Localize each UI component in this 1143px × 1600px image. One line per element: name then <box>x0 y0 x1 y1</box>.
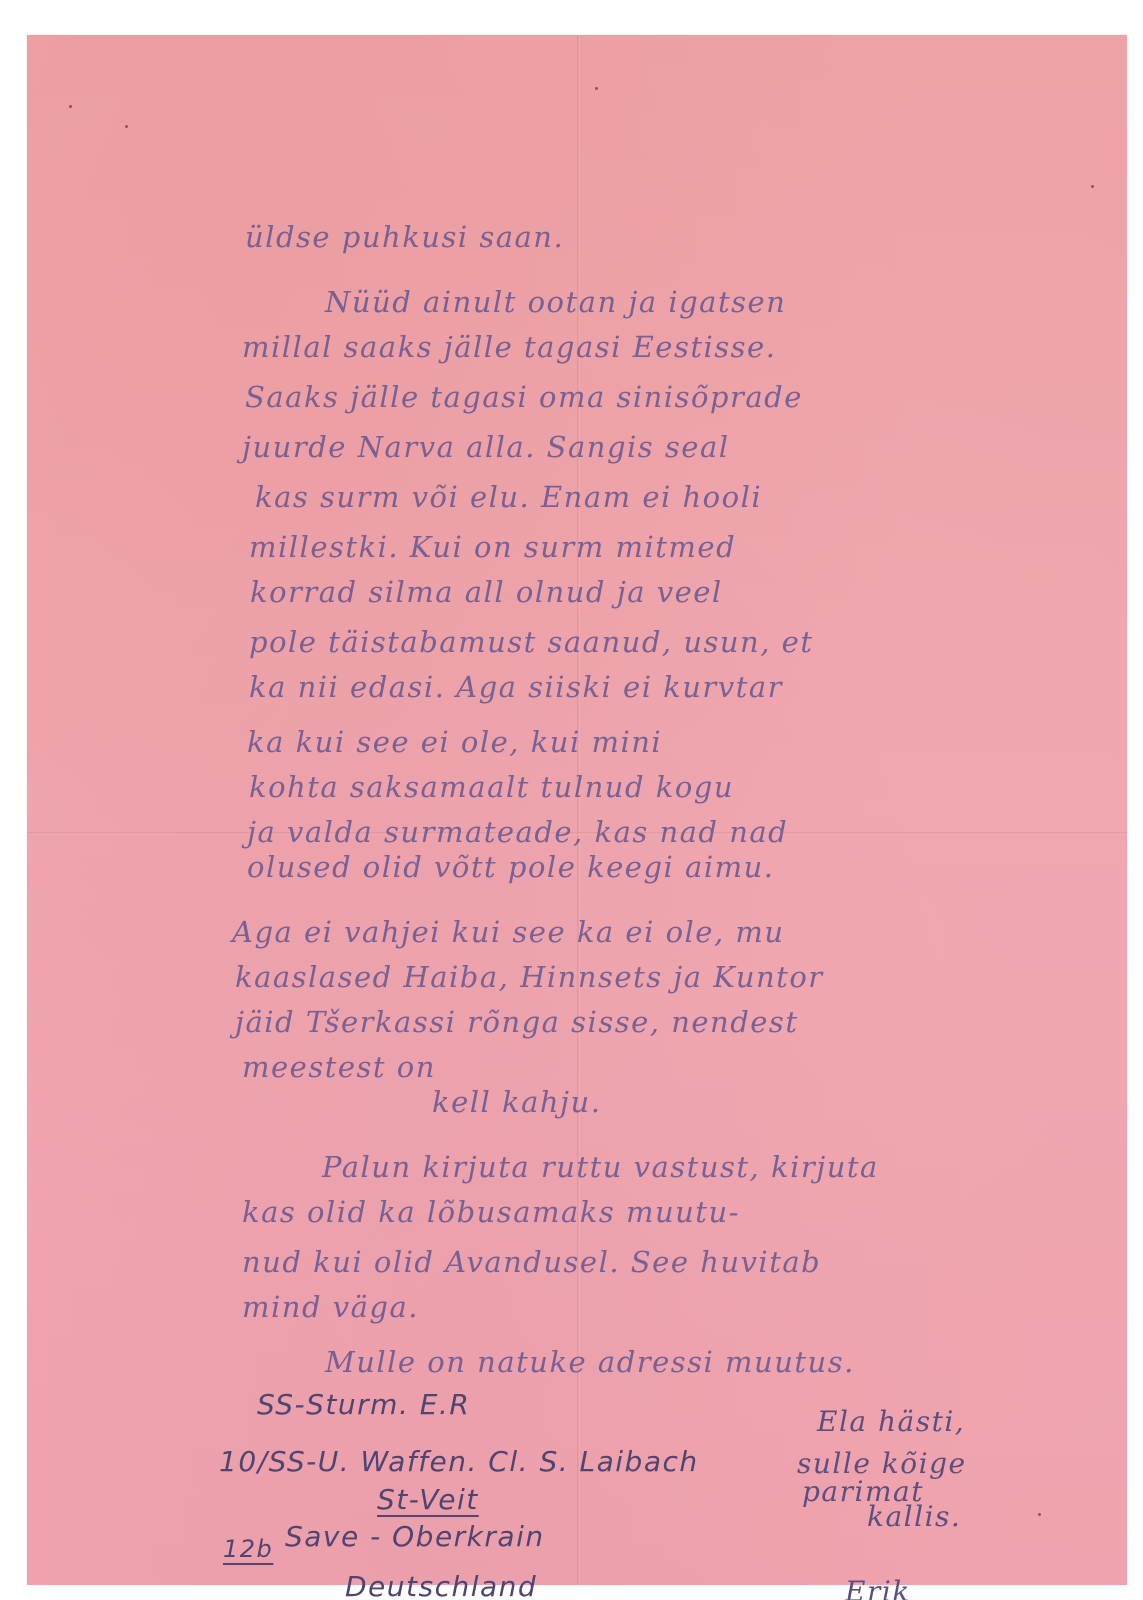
address-line-4-prefix: 12b <box>223 1535 273 1563</box>
letter-line: Nüüd ainult ootan ja igatsen <box>325 285 786 319</box>
address-line-2: 10/SS-U. Waffen. Cl. S. Laibach <box>219 1445 699 1478</box>
letter-paper: üldse puhkusi saan. Nüüd ainult ootan ja… <box>27 35 1127 1585</box>
letter-line: olused olid võtt pole keegi aimu. <box>247 850 775 884</box>
closing-line-4: kallis. <box>867 1500 961 1533</box>
letter-line: kas olid ka lõbusamaks muutu- <box>242 1195 740 1229</box>
paper-speck <box>1091 185 1094 188</box>
letter-line: Saaks jälle tagasi oma sinisõprade <box>245 380 803 414</box>
address-line-4: Save - Oberkrain <box>285 1520 545 1553</box>
letter-line: meestest on <box>242 1050 436 1084</box>
address-line-5: Deutschland <box>345 1570 537 1600</box>
letter-line: jäid Tšerkassi rõnga sisse, nendest <box>235 1005 798 1039</box>
letter-line: ka kui see ei ole, kui mini <box>247 725 662 759</box>
paper-speck <box>1038 1513 1041 1516</box>
letter-line: Palun kirjuta ruttu vastust, kirjuta <box>322 1150 879 1184</box>
signature: Erik <box>845 1575 911 1600</box>
letter-line: kaaslased Haiba, Hinnsets ja Kuntor <box>235 960 824 994</box>
letter-line: millal saaks jälle tagasi Eestisse. <box>242 330 776 364</box>
letter-line: mind väga. <box>242 1290 419 1324</box>
letter-line: kell kahju. <box>432 1085 601 1119</box>
letter-line: kas surm või elu. Enam ei hooli <box>255 480 762 514</box>
letter-line: ja valda surmateade, kas nad nad <box>247 815 788 849</box>
paper-speck <box>125 125 128 128</box>
letter-line: pole täistabamust saanud, usun, et <box>249 625 814 659</box>
address-line-1: SS-Sturm. E.R <box>257 1388 470 1421</box>
letter-line: ka nii edasi. Aga siiski ei kurvtar <box>249 670 783 704</box>
letter-line: juurde Narva alla. Sangis seal <box>242 430 730 464</box>
letter-line: Mulle on natuke adressi muutus. <box>325 1345 855 1379</box>
paper-speck <box>69 105 72 108</box>
address-line-3: St-Veit <box>377 1483 479 1516</box>
letter-line: millestki. Kui on surm mitmed <box>249 530 736 564</box>
closing-line-1: Ela hästi, <box>817 1405 965 1438</box>
letter-line: nud kui olid Avandusel. See huvitab <box>242 1245 821 1279</box>
letter-line: üldse puhkusi saan. <box>245 220 564 254</box>
letter-line: kohta saksamaalt tulnud kogu <box>249 770 734 804</box>
paper-speck <box>595 87 598 90</box>
letter-line: korrad silma all olnud ja veel <box>250 575 723 609</box>
letter-line: Aga ei vahjei kui see ka ei ole, mu <box>232 915 785 949</box>
